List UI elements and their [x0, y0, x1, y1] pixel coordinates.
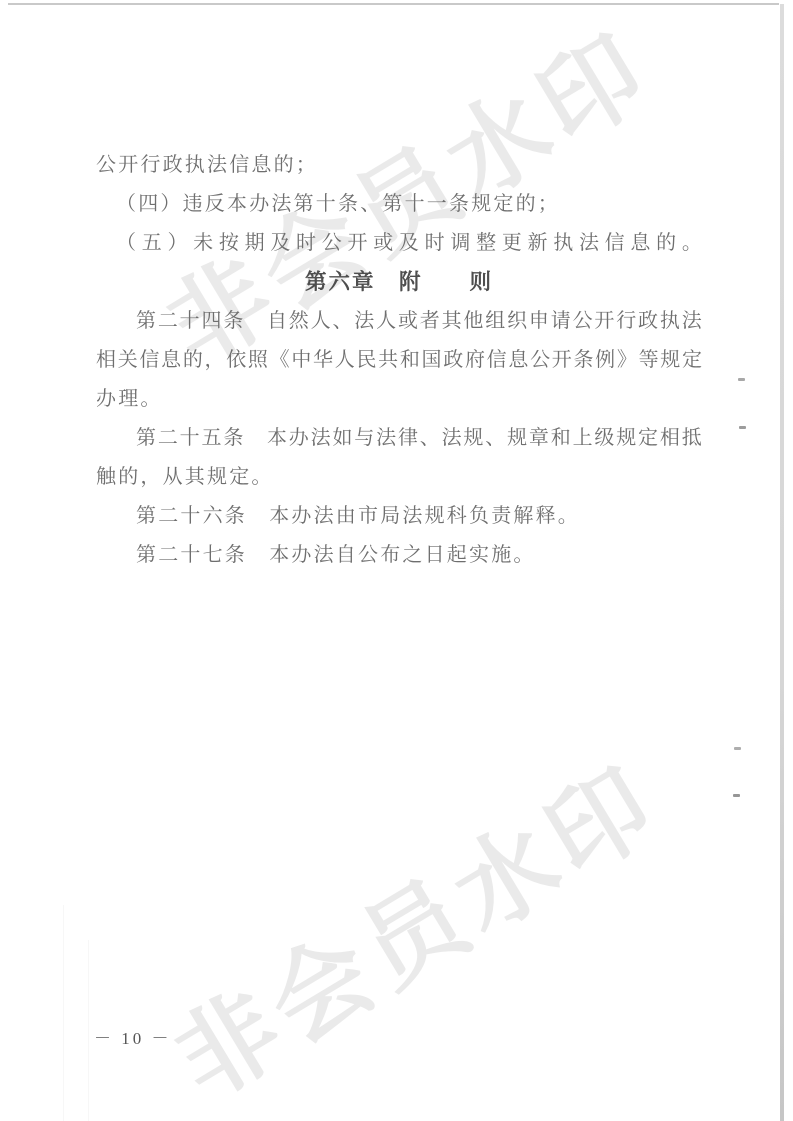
chapter-heading: 第六章 附 则 — [96, 263, 702, 302]
page-edge-top-line — [8, 3, 779, 5]
document-body: 公开行政执法信息的；（四）违反本办法第十条、第十一条规定的；（五）未按期及时公开… — [96, 146, 702, 575]
scan-mark — [738, 378, 745, 381]
scan-mark — [739, 426, 746, 429]
text-line: （四）违反本办法第十条、第十一条规定的； — [96, 185, 702, 224]
text-line: 第二十五条 本办法如与法律、法规、规章和上级规定相抵 — [96, 419, 702, 458]
page-edge-right-line — [780, 4, 784, 1121]
text-line: 公开行政执法信息的； — [96, 146, 702, 185]
text-line: （五）未按期及时公开或及时调整更新执法信息的。 — [96, 224, 702, 263]
text-line: 办理。 — [96, 380, 702, 419]
scan-mark — [733, 794, 740, 797]
watermark-text: 非会员水印 — [144, 724, 681, 1121]
text-line: 触的，从其规定。 — [96, 458, 702, 497]
scanned-document-page: 非会员水印 非会员水印 公开行政执法信息的；（四）违反本办法第十条、第十一条规定… — [0, 0, 793, 1121]
scan-fold-line — [88, 940, 89, 1121]
page-number: － 10 － — [94, 1024, 172, 1049]
text-line: 第二十七条 本办法自公布之日起实施。 — [96, 536, 702, 575]
scan-fold-line — [63, 905, 64, 1121]
text-line: 相关信息的，依照《中华人民共和国政府信息公开条例》等规定 — [96, 341, 702, 380]
text-line: 第二十四条 自然人、法人或者其他组织申请公开行政执法 — [96, 302, 702, 341]
text-line: 第二十六条 本办法由市局法规科负责解释。 — [96, 497, 702, 536]
scan-mark — [734, 747, 741, 750]
